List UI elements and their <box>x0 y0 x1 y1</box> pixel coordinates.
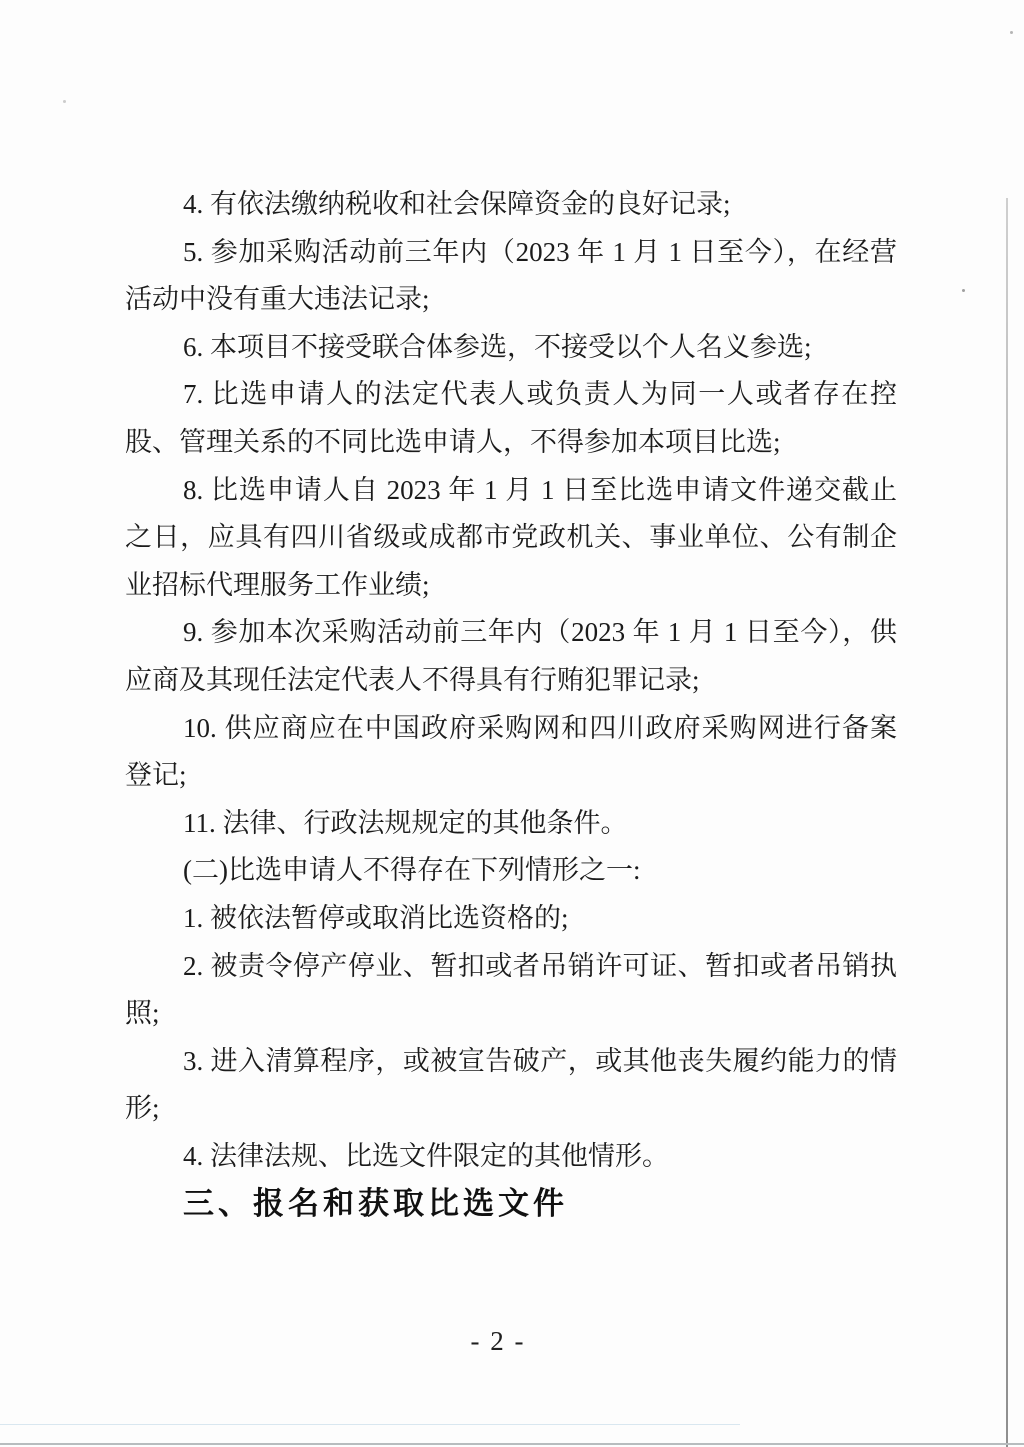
paragraph: 1. 被依法暂停或取消比选资格的; <box>125 895 897 943</box>
scan-edge-right-line <box>1006 198 1008 1447</box>
paragraph-line: 登记; <box>125 752 897 800</box>
paragraph-line: (二)比选申请人不得存在下列情形之一: <box>125 847 897 895</box>
paragraph-line: 11. 法律、行政法规规定的其他条件。 <box>125 800 897 848</box>
paragraph-line: 之日，应具有四川省级或成都市党政机关、事业单位、公有制企 <box>125 514 897 562</box>
paragraph-line: 活动中没有重大违法记录; <box>125 276 897 324</box>
scan-faint-line <box>0 1424 740 1425</box>
scanned-document-page: 4. 有依法缴纳税收和社会保障资金的良好记录;5. 参加采购活动前三年内（202… <box>0 0 1024 1447</box>
paragraph: 11. 法律、行政法规规定的其他条件。 <box>125 800 897 848</box>
paragraph: (二)比选申请人不得存在下列情形之一: <box>125 847 897 895</box>
paragraph: 3. 进入清算程序，或被宣告破产，或其他丧失履约能力的情形; <box>125 1038 897 1133</box>
paragraph: 7. 比选申请人的法定代表人或负责人为同一人或者存在控股、管理关系的不同比选申请… <box>125 371 897 466</box>
document-body: 4. 有依法缴纳税收和社会保障资金的良好记录;5. 参加采购活动前三年内（202… <box>125 181 897 1228</box>
paragraph: 10. 供应商应在中国政府采购网和四川政府采购网进行备案登记; <box>125 705 897 800</box>
paragraph-line: 5. 参加采购活动前三年内（2023 年 1 月 1 日至今），在经营 <box>125 229 897 277</box>
paragraph-line: 6. 本项目不接受联合体参选，不接受以个人名义参选; <box>125 324 897 372</box>
paragraph-line: 4. 法律法规、比选文件限定的其他情形。 <box>125 1133 897 1181</box>
paragraph: 6. 本项目不接受联合体参选，不接受以个人名义参选; <box>125 324 897 372</box>
paragraph: 9. 参加本次采购活动前三年内（2023 年 1 月 1 日至今），供应商及其现… <box>125 609 897 704</box>
paragraph: 8. 比选申请人自 2023 年 1 月 1 日至比选申请文件递交截止之日，应具… <box>125 467 897 610</box>
paragraph: 5. 参加采购活动前三年内（2023 年 1 月 1 日至今），在经营活动中没有… <box>125 229 897 324</box>
section-heading: 三、报名和获取比选文件 <box>125 1180 897 1228</box>
paragraph-line: 照; <box>125 990 897 1038</box>
paragraph-line: 4. 有依法缴纳税收和社会保障资金的良好记录; <box>125 181 897 229</box>
paragraph-line: 形; <box>125 1085 897 1133</box>
paragraph-line: 8. 比选申请人自 2023 年 1 月 1 日至比选申请文件递交截止 <box>125 467 897 515</box>
scan-speckle <box>1010 31 1013 34</box>
scan-speckle <box>962 289 965 292</box>
paragraph-line: 7. 比选申请人的法定代表人或负责人为同一人或者存在控 <box>125 371 897 419</box>
scan-speckle <box>63 100 66 103</box>
paragraph: 4. 有依法缴纳税收和社会保障资金的良好记录; <box>125 181 897 229</box>
paragraph-line: 业招标代理服务工作业绩; <box>125 562 897 610</box>
paragraph-line: 应商及其现任法定代表人不得具有行贿犯罪记录; <box>125 657 897 705</box>
paragraph-line: 3. 进入清算程序，或被宣告破产，或其他丧失履约能力的情 <box>125 1038 897 1086</box>
paragraph-line: 9. 参加本次采购活动前三年内（2023 年 1 月 1 日至今），供 <box>125 609 897 657</box>
paragraph-line: 三、报名和获取比选文件 <box>125 1180 897 1228</box>
page-number: - 2 - <box>0 1326 996 1357</box>
paragraph-line: 股、管理关系的不同比选申请人，不得参加本项目比选; <box>125 419 897 467</box>
paragraph-line: 10. 供应商应在中国政府采购网和四川政府采购网进行备案 <box>125 705 897 753</box>
paragraph: 2. 被责令停产停业、暂扣或者吊销许可证、暂扣或者吊销执照; <box>125 943 897 1038</box>
paragraph: 4. 法律法规、比选文件限定的其他情形。 <box>125 1133 897 1181</box>
paragraph-line: 1. 被依法暂停或取消比选资格的; <box>125 895 897 943</box>
scan-edge-bottom-line <box>0 1443 1024 1445</box>
paragraph-line: 2. 被责令停产停业、暂扣或者吊销许可证、暂扣或者吊销执 <box>125 943 897 991</box>
